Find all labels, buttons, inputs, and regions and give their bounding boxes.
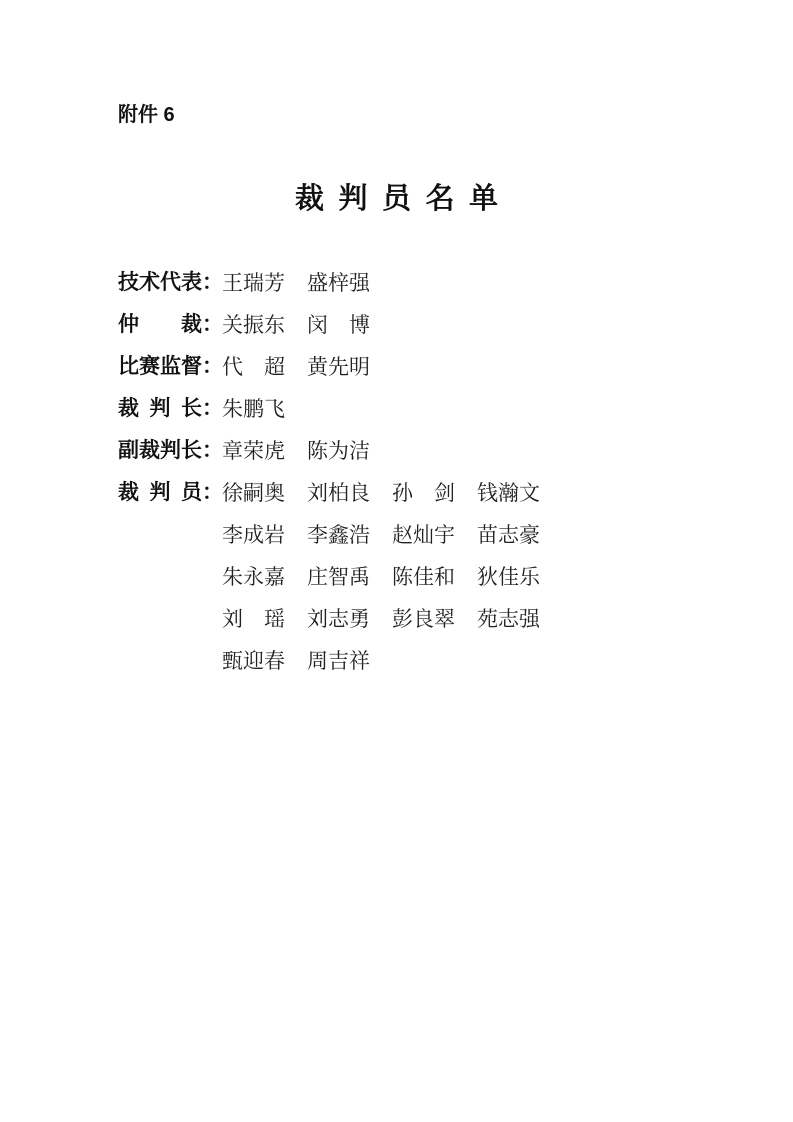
person-name: 章荣虎 (222, 430, 285, 472)
roster-row-referees-5: 甄迎春 周吉祥 (118, 640, 562, 682)
referee-roster: 技术代表： 王瑞芳 盛梓强 仲 裁： 关振东 闵 博 比赛监督： 代 超 黄先明… (118, 262, 562, 682)
person-name: 赵灿宇 (392, 514, 455, 556)
role-label: 比赛监督： (118, 346, 222, 388)
role-label: 技术代表： (118, 262, 222, 304)
roster-row-chief-referee: 裁 判 长： 朱鹏飞 (118, 388, 562, 430)
person-name: 苗志豪 (477, 514, 540, 556)
person-name: 刘志勇 (307, 598, 370, 640)
person-name: 钱瀚文 (477, 472, 540, 514)
roster-row-referees-3: 朱永嘉 庄智禹 陈佳和 狄佳乐 (118, 556, 562, 598)
person-name: 关振东 (222, 304, 285, 346)
person-name: 闵 博 (307, 304, 370, 346)
person-name: 王瑞芳 (222, 262, 285, 304)
person-name: 彭良翠 (392, 598, 455, 640)
roster-row-arbitration: 仲 裁： 关振东 闵 博 (118, 304, 562, 346)
roster-row-competition-supervisor: 比赛监督： 代 超 黄先明 (118, 346, 562, 388)
person-name: 徐嗣奥 (222, 472, 285, 514)
roster-row-referees-2: 李成岩 李鑫浩 赵灿宇 苗志豪 (118, 514, 562, 556)
person-name: 周吉祥 (307, 640, 370, 682)
person-name: 孙 剑 (392, 472, 455, 514)
person-name: 朱鹏飞 (222, 388, 285, 430)
document-page: 附件 6 裁 判 员 名 单 技术代表： 王瑞芳 盛梓强 仲 裁： 关振东 闵 … (0, 0, 793, 1122)
person-name: 李成岩 (222, 514, 285, 556)
attachment-label: 附件 6 (118, 98, 175, 127)
role-label: 裁 判 长： (118, 388, 222, 430)
person-name: 庄智禹 (307, 556, 370, 598)
person-name: 甄迎春 (222, 640, 285, 682)
person-name: 陈佳和 (392, 556, 455, 598)
role-label: 裁 判 员： (118, 472, 222, 514)
roster-row-referees-1: 裁 判 员： 徐嗣奥 刘柏良 孙 剑 钱瀚文 (118, 472, 562, 514)
person-name: 刘 瑶 (222, 598, 285, 640)
person-name: 苑志强 (477, 598, 540, 640)
person-name: 代 超 (222, 346, 285, 388)
person-name: 陈为洁 (307, 430, 370, 472)
person-name: 李鑫浩 (307, 514, 370, 556)
roster-row-referees-4: 刘 瑶 刘志勇 彭良翠 苑志强 (118, 598, 562, 640)
person-name: 朱永嘉 (222, 556, 285, 598)
person-name: 狄佳乐 (477, 556, 540, 598)
role-label: 仲 裁： (118, 304, 222, 346)
person-name: 黄先明 (307, 346, 370, 388)
roster-row-technical-delegates: 技术代表： 王瑞芳 盛梓强 (118, 262, 562, 304)
person-name: 盛梓强 (307, 262, 370, 304)
roster-row-deputy-chief-referee: 副裁判长： 章荣虎 陈为洁 (118, 430, 562, 472)
page-title: 裁 判 员 名 单 (0, 176, 793, 217)
role-label: 副裁判长： (118, 430, 222, 472)
person-name: 刘柏良 (307, 472, 370, 514)
